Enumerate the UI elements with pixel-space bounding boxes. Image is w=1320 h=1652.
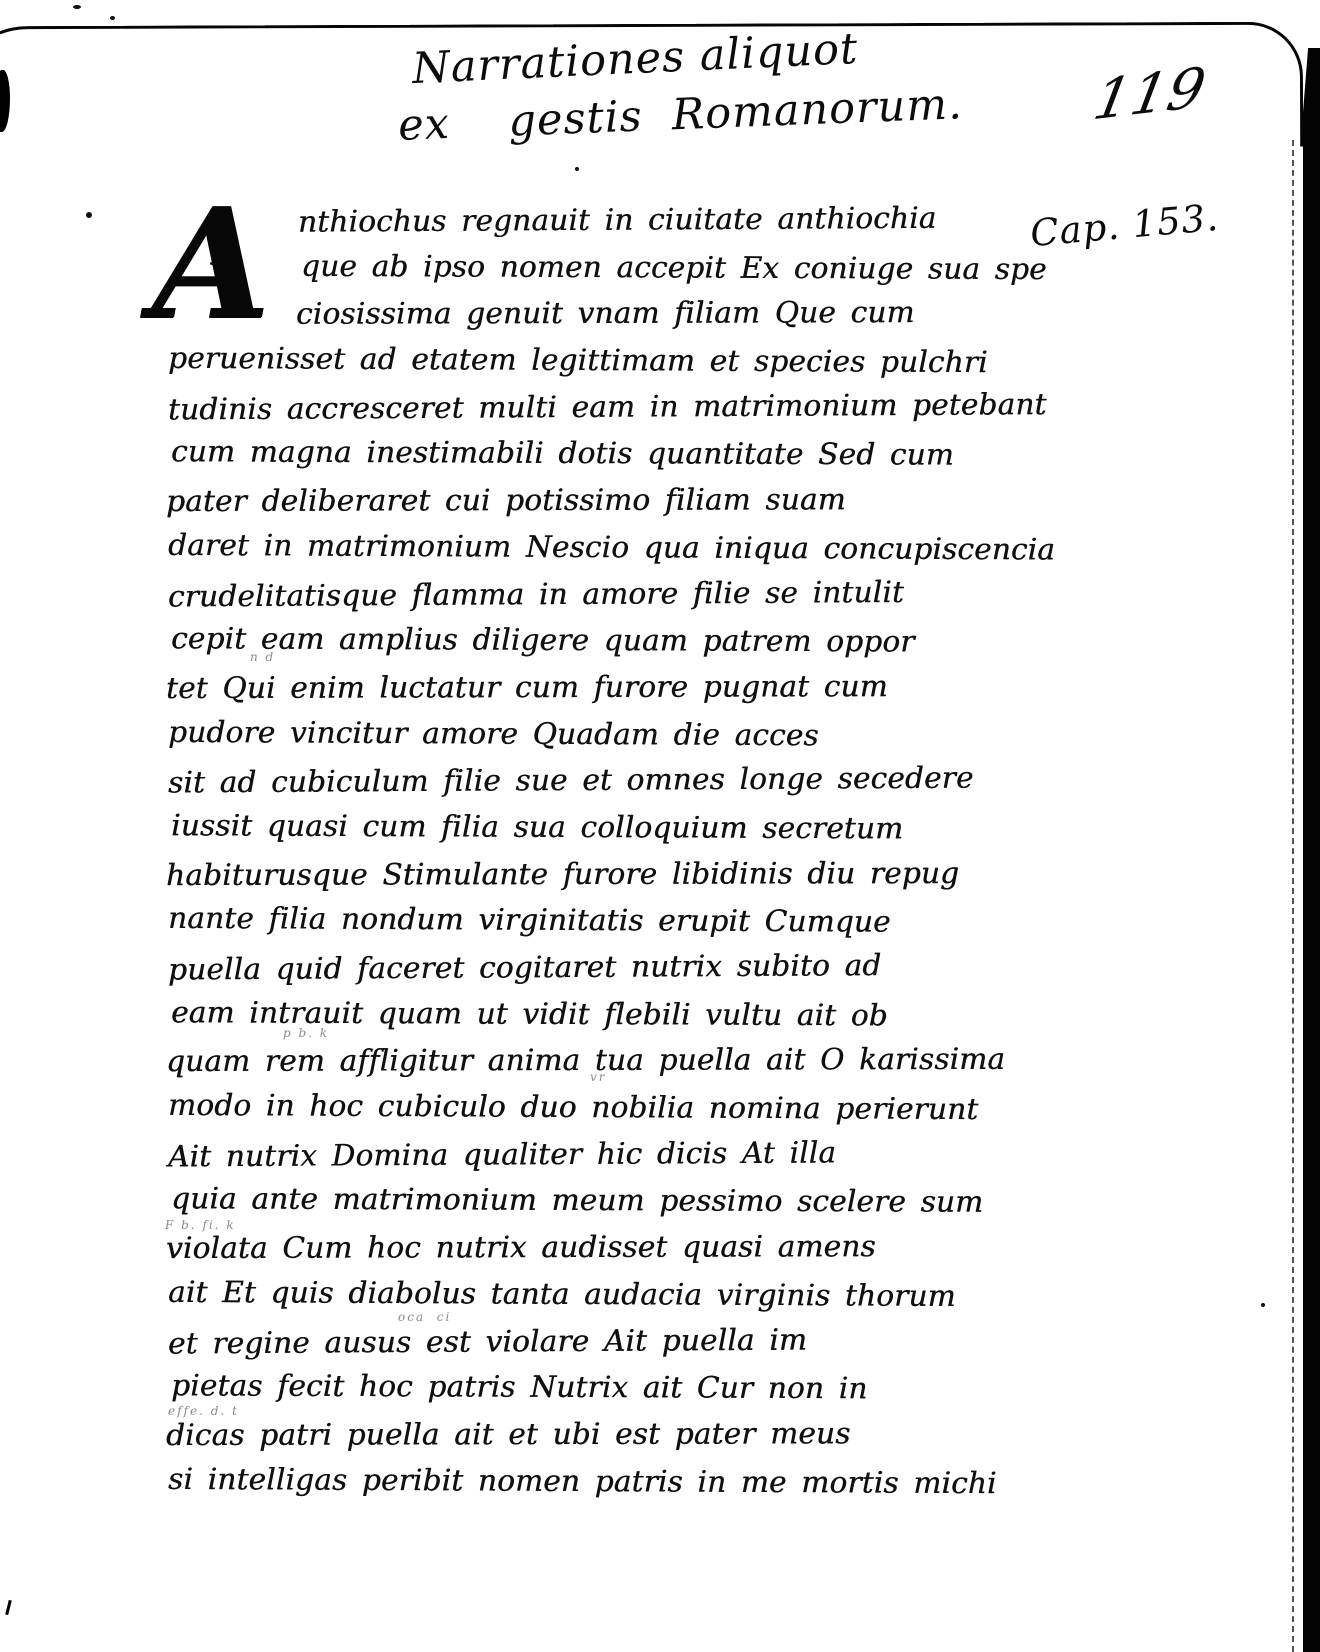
manuscript-text-block: nthiochus regnauit in ciuitate anthiochi… [168,203,983,1510]
manuscript-line: tudinis accresceret multi eam in matrimo… [168,387,983,439]
ink-speck [1261,1303,1265,1307]
manuscript-line: quia ante matrimonium meum pessimo scele… [171,1182,986,1232]
interlinear-gloss: p b. k [283,1026,329,1040]
manuscript-line: habiturusque Stimulante furore libidinis… [166,856,981,905]
interlinear-gloss: oca ci [398,1310,451,1324]
manuscript-line: peruenisset ad etatem legittimam et spec… [168,341,983,392]
ink-speck [73,5,81,9]
manuscript-line: tet Qui enim luctatur cum furore pugnat … [166,669,981,718]
interlinear-gloss: effe. d. t [168,1404,239,1418]
manuscript-line: dicas patri puella ait et ubi est pater … [166,1416,981,1465]
manuscript-line: daret in matrimonium Nescio qua iniqua c… [168,528,983,579]
manuscript-line: pater deliberaret cui potissimo filiam s… [166,482,981,531]
manuscript-line: violata Cum hoc nutrix audisset quasi am… [166,1229,981,1278]
manuscript-line: que ab ipso nomen accepit Ex coniuge sua… [171,248,986,298]
manuscript-line: ait Et quis diabolus tanta audacia virgi… [168,1275,983,1326]
page-edge-thin-line [1292,140,1294,1652]
manuscript-line: puella quid faceret cogitaret nutrix sub… [168,948,983,1000]
manuscript-line: cepit eam amplius diligere quam patrem o… [171,621,986,671]
manuscript-line: modo in hoc cubiculo duo nobilia nomina … [168,1088,983,1139]
manuscript-line: si intelligas peribit nomen patris in me… [168,1461,983,1512]
manuscript-line: pudore vincitur amore Quadam die acces [168,714,983,765]
manuscript-line: nthiochus regnauit in ciuitate anthiochi… [168,201,983,253]
manuscript-line: iussit quasi cum filia sua colloquium se… [171,808,986,858]
interlinear-gloss: n d [250,650,275,664]
manuscript-line: ciosissima genuit vnam filiam Que cum [166,295,981,344]
manuscript-scan-page: Narrationes aliquot ex gestis Romanorum.… [0,0,1320,1652]
manuscript-line: pietas fecit hoc patris Nutrix ait Cur n… [171,1368,986,1418]
ink-speck [575,167,579,171]
manuscript-line: et regine ausus est violare Ait puella i… [168,1321,983,1373]
ink-speck [110,16,115,20]
interlinear-gloss: vr [590,1070,607,1084]
chapter-label: Cap. 153. [1028,196,1220,255]
manuscript-line: nante filia nondum virginitatis erupit C… [168,901,983,952]
ink-speck [86,212,92,218]
manuscript-line: sit ad cubiculum filie sue et omnes long… [168,761,983,813]
manuscript-line: Ait nutrix Domina qualiter hic dicis At … [168,1134,983,1186]
scan-mark-bottom-left [5,1600,12,1615]
manuscript-line: cum magna inestimabili dotis quantitate … [171,435,986,485]
scan-shadow-band [1303,48,1320,1652]
manuscript-line: crudelitatisque flamma in amore filie se… [168,574,983,626]
manuscript-line: quam rem affligitur anima tua puella ait… [166,1042,981,1091]
interlinear-gloss: F b. fi. k [165,1218,236,1232]
